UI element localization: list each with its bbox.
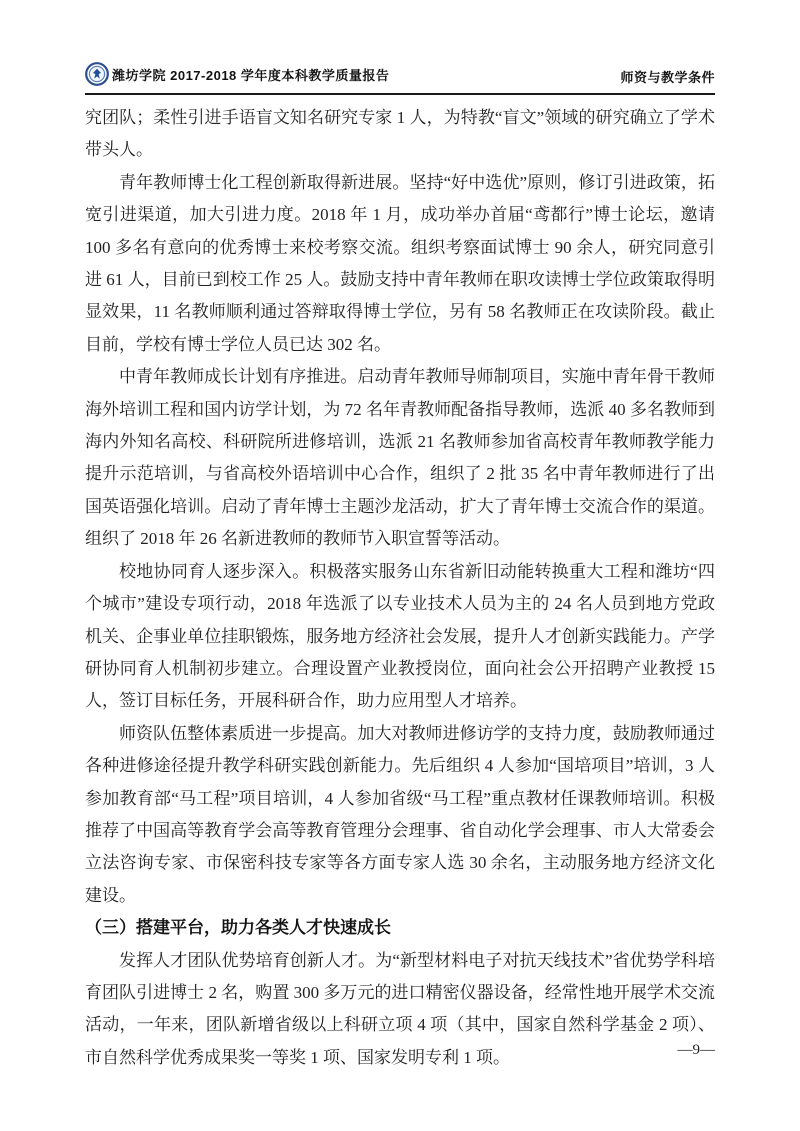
page-header: 潍坊学院 2017-2018 学年度本科教学质量报告 师资与教学条件: [85, 62, 715, 95]
body-paragraph: 发挥人才团队优势培育创新人才。为“新型材料电子对抗天线技术”省优势学科培育团队引…: [85, 945, 715, 1075]
section-heading: （三）搭建平台，助力各类人才快速成长: [85, 912, 715, 944]
page-number: —9—: [678, 1042, 716, 1058]
header-left: 潍坊学院 2017-2018 学年度本科教学质量报告: [85, 62, 389, 86]
body-paragraph: 中青年教师成长计划有序推进。启动青年教师导师制项目，实施中青年骨干教师海外培训工…: [85, 361, 715, 555]
body-paragraph: 师资队伍整体素质进一步提高。加大对教师进修访学的支持力度，鼓励教师通过各种进修途…: [85, 718, 715, 912]
document-page: 潍坊学院 2017-2018 学年度本科教学质量报告 师资与教学条件 究团队；柔…: [0, 0, 800, 1131]
body-paragraph: 究团队；柔性引进手语盲文知名研究专家 1 人，为特教“盲文”领域的研究确立了学术…: [85, 102, 715, 167]
page-footer: —9—: [678, 1042, 716, 1059]
body-paragraph: 青年教师博士化工程创新取得新进展。坚持“好中选优”原则，修订引进政策，拓宽引进渠…: [85, 167, 715, 361]
header-document-title: 潍坊学院 2017-2018 学年度本科教学质量报告: [112, 65, 389, 84]
university-logo-icon: [85, 62, 109, 86]
document-body: 究团队；柔性引进手语盲文知名研究专家 1 人，为特教“盲文”领域的研究确立了学术…: [85, 102, 715, 1074]
body-paragraph: 校地协同育人逐步深入。积极落实服务山东省新旧动能转换重大工程和潍坊“四个城市”建…: [85, 556, 715, 718]
header-section-title: 师资与教学条件: [620, 67, 715, 86]
